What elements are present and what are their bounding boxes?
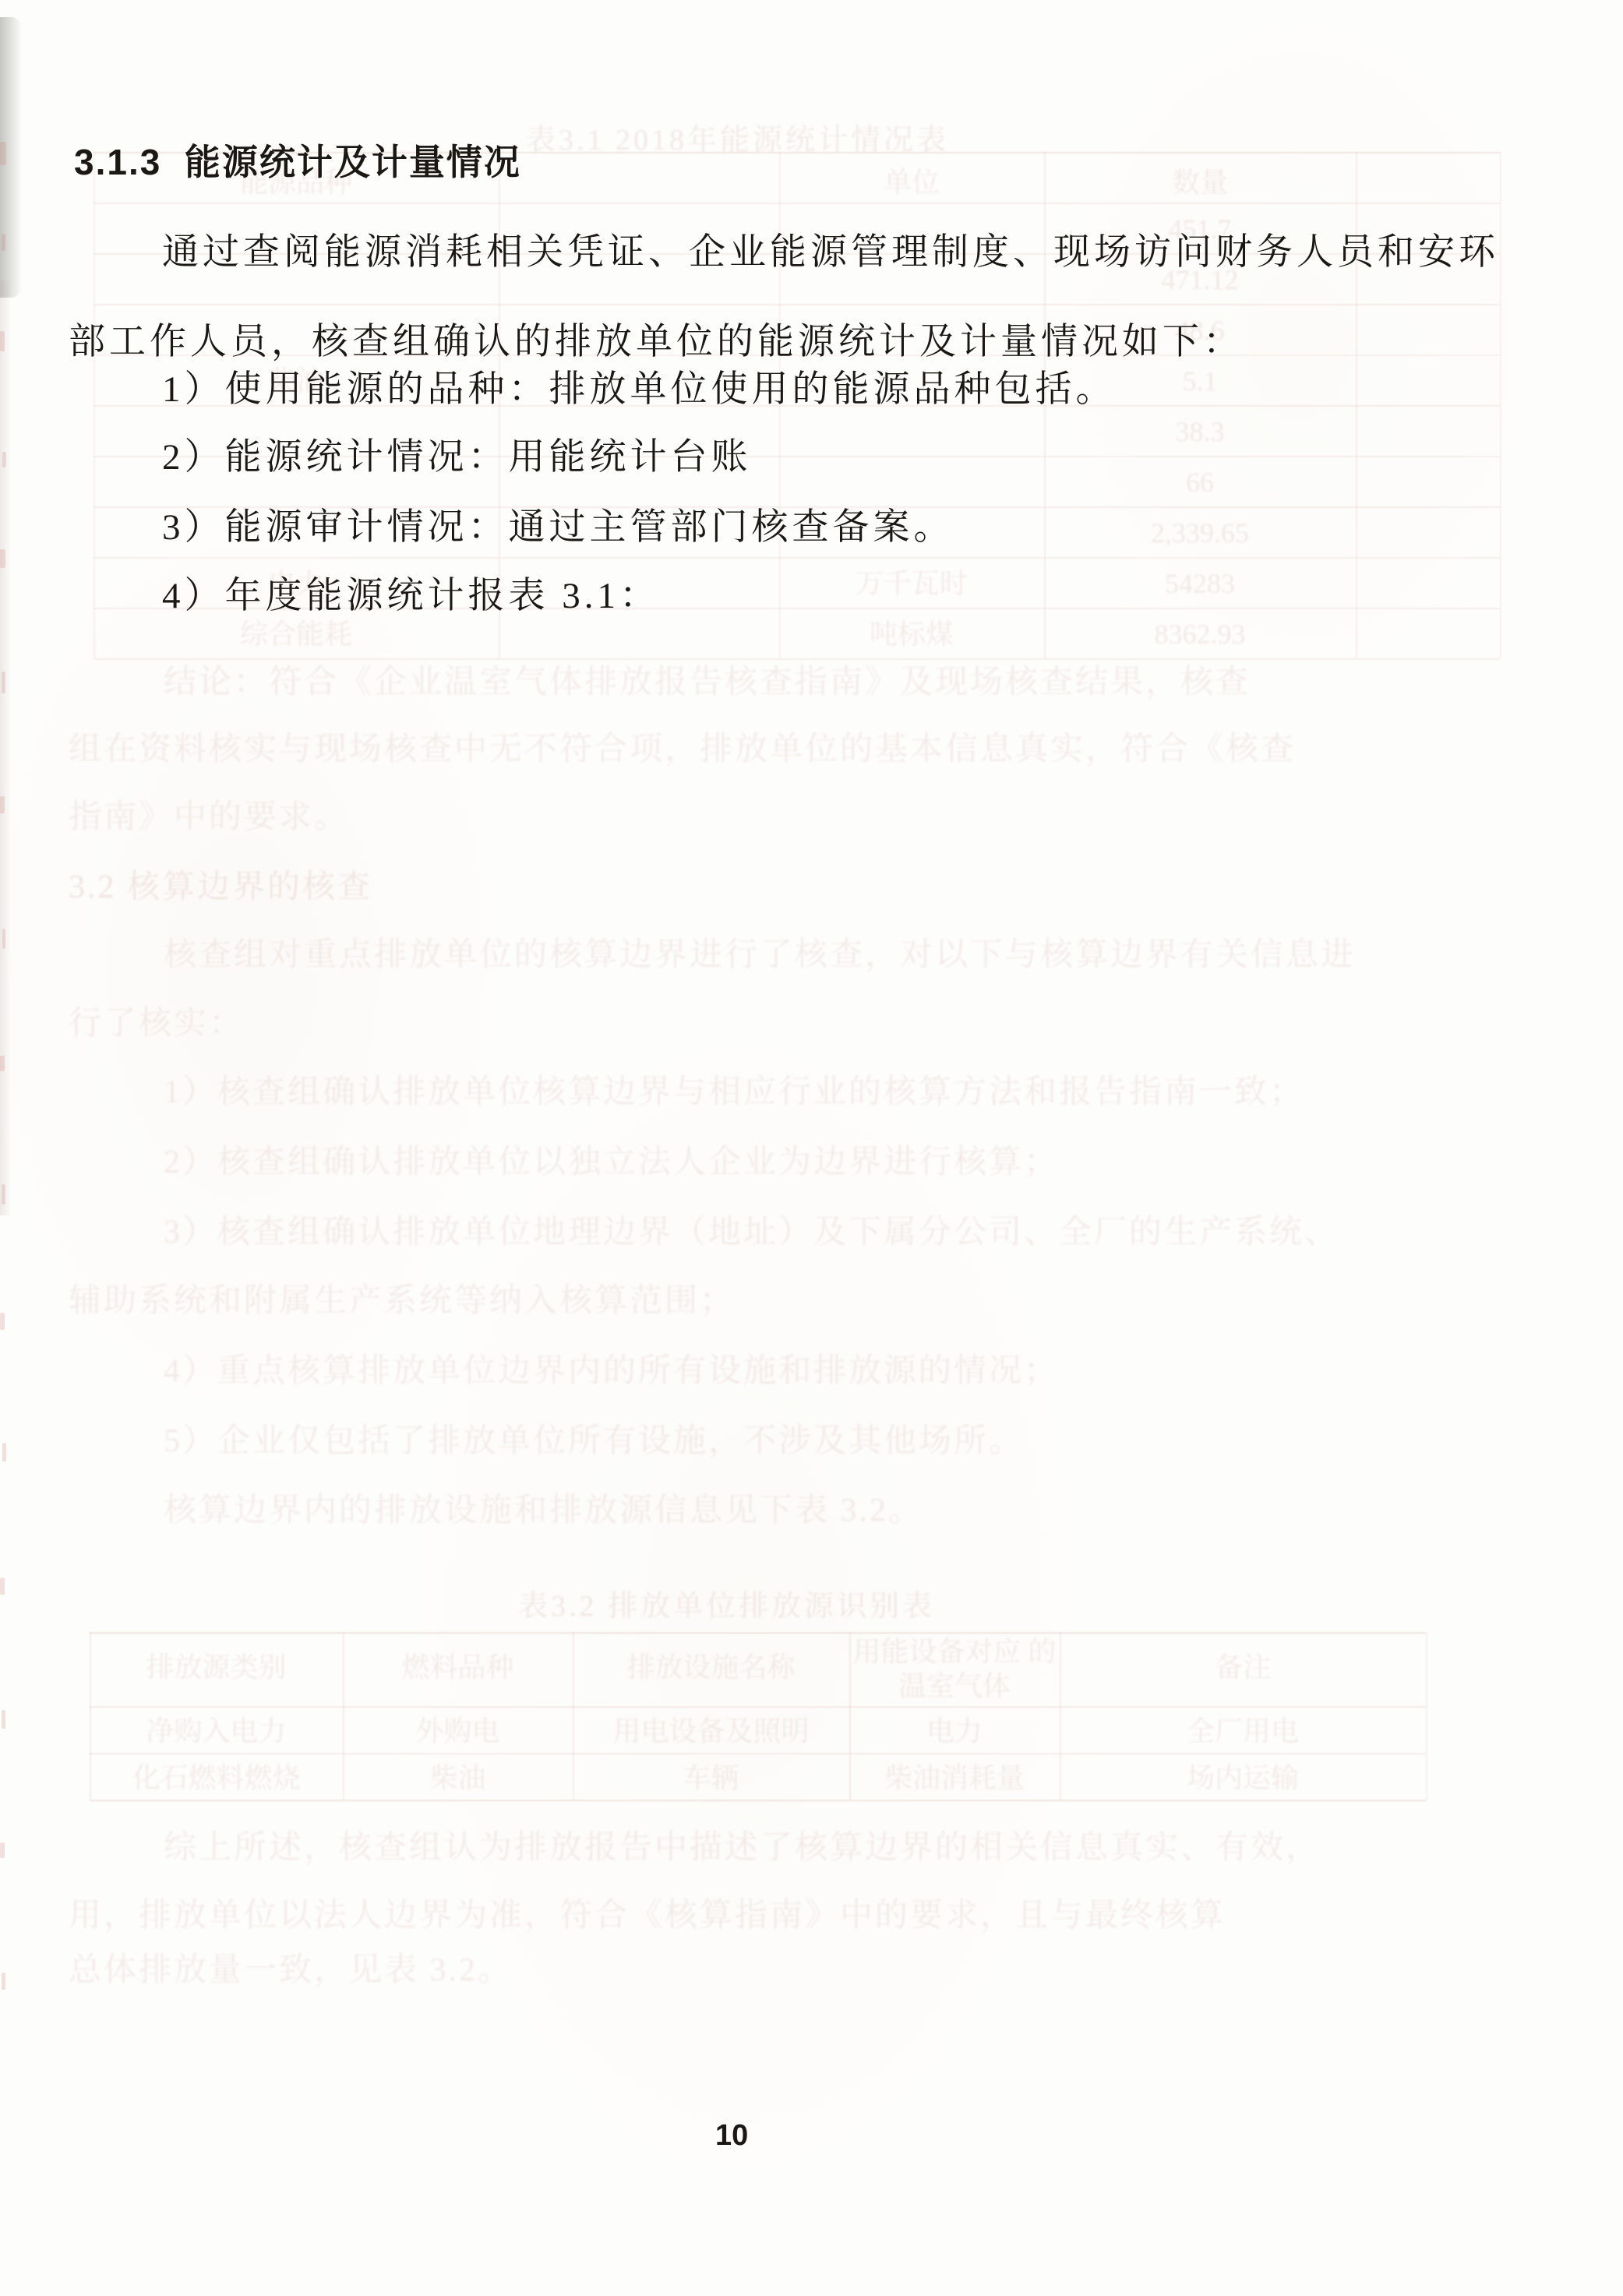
scan-mark — [2, 1973, 5, 1990]
ghost-table32-cell: 净购入电力 — [90, 1714, 343, 1748]
ghost-text-line: 行了核实： — [69, 997, 244, 1044]
ghost-table31-rule — [1500, 152, 1501, 658]
scan-mark — [2, 452, 6, 467]
ghost-table31-value: 66 — [1044, 465, 1356, 499]
scan-mark — [0, 1578, 5, 1595]
ghost-table32-rule — [1426, 1632, 1427, 1800]
ghost-text-line: 2）核查组确认排放单位以独立法人企业为边界进行核算； — [164, 1136, 1059, 1183]
scan-mark — [0, 331, 5, 351]
ghost-text-line: 组在资料核实与现场核查中无不符合项，排放单位的基本信息真实，符合《核查 — [69, 723, 1296, 770]
scan-mark — [2, 1184, 5, 1204]
ghost-table31-header-col3: 单位 — [779, 165, 1044, 199]
scanned-document-page: 表3.1 2018年能源统计情况表 能源品种 单位 数量 451.7 471.1… — [0, 0, 1623, 2296]
ghost-text-line: 3）核查组确认排放单位地理边界（地址）及下属分公司、全厂的生产系统、 — [164, 1206, 1339, 1253]
list-item: 3）能源审计情况：通过主管部门核查备案。 — [162, 498, 954, 550]
ghost-table32-rule — [90, 1632, 1426, 1634]
ghost-table32-cell: 用电设备及照明 — [573, 1714, 849, 1748]
ghost-table32-header: 排放设施名称 — [573, 1650, 849, 1684]
section-number: 3.1.3 — [74, 142, 161, 182]
ghost-text-line: 结论：符合《企业温室气体排放报告核查指南》及现场核查结果，核查 — [164, 656, 1251, 703]
ghost-table32-cell: 柴油 — [343, 1761, 573, 1795]
ghost-text-line: 指南》中的要求。 — [69, 791, 349, 838]
list-item: 4）年度能源统计报表 3.1： — [162, 566, 660, 619]
scan-mark — [2, 234, 5, 251]
scan-mark — [2, 672, 5, 693]
scan-mark — [0, 1313, 5, 1330]
ghost-table31-rule — [93, 304, 1500, 305]
ghost-text-line: 5）企业仅包括了排放单位所有设施，不涉及其他场所。 — [164, 1415, 1024, 1462]
scan-mark — [2, 1710, 5, 1729]
ghost-table32-cell: 全厂用电 — [1060, 1714, 1426, 1748]
ghost-table32-cell: 场内运输 — [1060, 1761, 1426, 1795]
paragraph-line: 部工作人员，核查组确认的排放单位的能源统计及计量情况如下： — [69, 312, 1244, 365]
ghost-table32-cell: 外购电 — [343, 1714, 573, 1748]
ghost-table32-title: 表3.2 排放单位排放源识别表 — [518, 1582, 935, 1624]
ghost-table31-rule — [93, 557, 1500, 559]
scan-edge-shadow-lower — [0, 280, 11, 1215]
ghost-table32-rule — [90, 1800, 1426, 1801]
ghost-table32-header: 燃料品种 — [343, 1650, 573, 1684]
ghost-table31-label: 综合能耗 — [93, 617, 499, 651]
scan-mark — [0, 142, 6, 165]
ghost-table31-value: 2,339.65 — [1044, 516, 1356, 550]
section-title: 能源统计及计量情况 — [185, 142, 521, 182]
ghost-subsection-heading: 3.2 核算边界的核查 — [69, 861, 372, 908]
ghost-table32-rule — [90, 1753, 1426, 1755]
scan-mark — [2, 929, 5, 949]
ghost-table31-value: 8362.93 — [1044, 617, 1356, 651]
ghost-table32-cell: 电力 — [849, 1714, 1060, 1748]
ghost-table32-header: 排放源类别 — [90, 1650, 343, 1684]
scan-mark — [0, 549, 5, 568]
ghost-text-line: 1）核查组确认排放单位核算边界与相应行业的核算方法和报告指南一致； — [164, 1066, 1304, 1113]
ghost-table32-header: 备注 — [1060, 1650, 1426, 1684]
scan-mark — [0, 1056, 5, 1071]
ghost-table32-cell: 车辆 — [573, 1761, 849, 1795]
ghost-table31-value: 54283 — [1044, 566, 1356, 601]
ghost-table31-header-col4: 数量 — [1044, 165, 1356, 199]
ghost-table31-unit: 万千瓦时 — [779, 566, 1044, 601]
ghost-text-line: 核查组对重点排放单位的核算边界进行了核查，对以下与核算边界有关信息进 — [164, 929, 1356, 975]
ghost-table32-cell: 化石燃料燃烧 — [90, 1761, 343, 1795]
ghost-table32-header: 用能设备对应 的温室气体 — [849, 1635, 1060, 1703]
ghost-table31-rule — [93, 203, 1500, 204]
ghost-table31-value: 38.3 — [1044, 414, 1356, 449]
section-heading: 3.1.3 能源统计及计量情况 — [74, 134, 521, 185]
ghost-text-line: 辅助系统和附属生产系统等纳入核算范围； — [69, 1275, 735, 1321]
ghost-table32-rule — [90, 1706, 1426, 1708]
ghost-text-line: 综上所述，核查组认为排放报告中描述了核算边界的相关信息真实、有效， — [164, 1822, 1321, 1868]
paragraph-line: 通过查阅能源消耗相关凭证、企业能源管理制度、现场访问财务人员和安环 — [162, 223, 1499, 275]
page-number: 10 — [715, 2119, 748, 2153]
ghost-text-line: 4）重点核算排放单位边界内的所有设施和排放源的情况； — [164, 1345, 1059, 1391]
list-item: 2）能源统计情况：用能统计台账 — [162, 428, 752, 480]
ghost-text-line: 核算边界内的排放设施和排放源信息见下表 3.2。 — [164, 1484, 923, 1531]
scan-mark — [0, 1843, 5, 1858]
ghost-table31-unit: 吨标煤 — [779, 617, 1044, 651]
ghost-text-line: 总体排放量一致，见表 3.2。 — [69, 1944, 513, 1991]
ghost-table32-cell: 柴油消耗量 — [849, 1761, 1060, 1795]
scan-mark — [2, 1443, 6, 1462]
ghost-text-line: 用，排放单位以法人边界为准，符合《核算指南》中的要求，且与最终核算 — [69, 1889, 1226, 1936]
list-item: 1）使用能源的品种：排放单位使用的能源品种包括。 — [162, 360, 1117, 412]
scan-mark — [0, 796, 5, 813]
